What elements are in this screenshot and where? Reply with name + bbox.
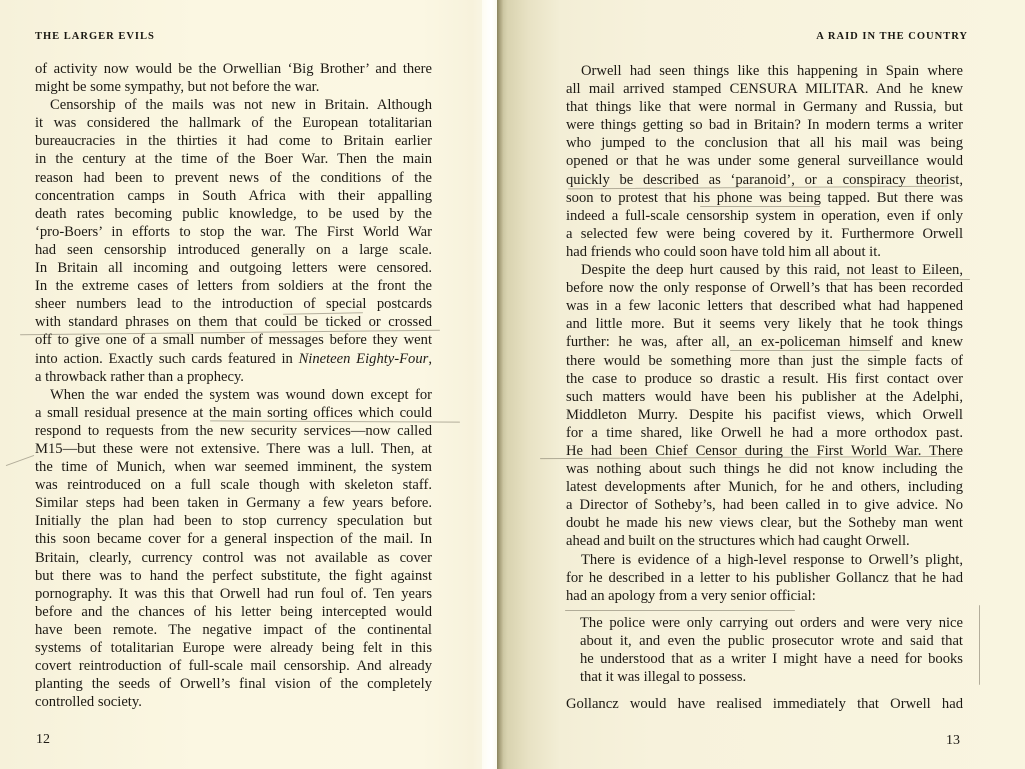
text-line: of activity now would be the Orwellian ‘… — [35, 60, 432, 78]
text-line: was in a few laconic letters that descri… — [566, 297, 963, 315]
text-line: there would be something more than just … — [566, 352, 963, 370]
text-line: opened or that he was under some general… — [566, 152, 963, 170]
text-line: was reintroduced on a full scale though … — [35, 476, 432, 494]
text-line: for he described in a letter to his publ… — [566, 569, 963, 587]
text-line: concentration camps in South Africa with… — [35, 187, 432, 205]
block-quote: The police were only carrying out orders… — [580, 614, 963, 686]
text-line: covert reintroduction of full-scale mail… — [35, 657, 432, 675]
text-line: sheer numbers lead to the introduction o… — [35, 295, 432, 313]
text-line: with standard phrases on them that could… — [35, 313, 432, 331]
text-line: was nothing about such things he did not… — [566, 460, 963, 478]
text-line: that things like that were normal in Ger… — [566, 98, 963, 116]
pencil-underline — [565, 610, 795, 611]
pencil-bracket — [978, 605, 980, 685]
right-page-text: Orwell had seen things like this happeni… — [566, 62, 963, 713]
paragraph: When the war ended the system was wound … — [35, 386, 432, 712]
text-line: In the extreme cases of letters from sol… — [35, 277, 432, 295]
quote-line: that it was illegal to possess. — [580, 668, 963, 686]
text-line: ‘pro-Boers’ in efforts to stop the war. … — [35, 223, 432, 241]
text-line: for a time shared, like Orwell he had a … — [566, 424, 963, 442]
page-number-right: 13 — [946, 733, 960, 749]
text-line: all mail arrived stamped CENSURA MILITAR… — [566, 80, 963, 98]
gutter — [482, 0, 498, 769]
text-line: respond to requests from the new securit… — [35, 422, 432, 440]
text-line: bureaucracies in the thirties it had com… — [35, 132, 432, 150]
text-line: In Britain all incoming and outgoing let… — [35, 259, 432, 277]
page-number-left: 12 — [36, 732, 50, 748]
text-line: a Director of Sotheby’s, had been called… — [566, 496, 963, 514]
text-fragment: into action. Exactly such cards featured… — [35, 351, 299, 367]
text-line-with-title: into action. Exactly such cards featured… — [35, 350, 432, 368]
running-head-left: THE LARGER EVILS — [35, 31, 155, 42]
text-line: a throwback rather than a prophecy. — [35, 368, 432, 386]
text-line: the case to produce so drastic a result.… — [566, 370, 963, 388]
text-line: Orwell had seen things like this happeni… — [566, 62, 963, 80]
text-line: before now the only response of Orwell’s… — [566, 279, 963, 297]
text-line: Britain, clearly, currency control was n… — [35, 549, 432, 567]
text-line: in the century at the time of the Boer W… — [35, 150, 432, 168]
text-line: indeed a full-scale censorship system in… — [566, 207, 963, 225]
pencil-underline — [730, 350, 880, 351]
text-line: There is evidence of a high-level respon… — [566, 551, 963, 569]
paragraph: Censorship of the mails was not new in B… — [35, 96, 432, 386]
text-fragment: , — [428, 351, 432, 367]
text-line: who jumped to the conclusion that all hi… — [566, 134, 963, 152]
text-line: had friends who could soon have told him… — [566, 243, 963, 261]
pencil-underline — [700, 206, 820, 207]
text-line: Middleton Murry. Despite his pacifist vi… — [566, 406, 963, 424]
text-line: such matters would have been his publish… — [566, 388, 963, 406]
text-line: but there was to hand the perfect substi… — [35, 567, 432, 585]
text-line: Initially the plan had been to stop curr… — [35, 512, 432, 530]
text-line: doubt he made his new views clear, but t… — [566, 514, 963, 532]
quote-line: The police were only carrying out orders… — [580, 614, 963, 632]
text-line: controlled society. — [35, 693, 432, 711]
paragraph: of activity now would be the Orwellian ‘… — [35, 60, 432, 96]
spine-shadow — [497, 0, 503, 769]
text-line: had seen censorship introduced generally… — [35, 241, 432, 259]
text-line: death rates becoming public knowledge, t… — [35, 205, 432, 223]
text-line: this soon became cover for a general ins… — [35, 530, 432, 548]
paragraph: Despite the deep hurt caused by this rai… — [566, 261, 963, 551]
text-line: it was considered the hallmark of the Eu… — [35, 114, 432, 132]
text-line: were things getting so bad in Britain? I… — [566, 116, 963, 134]
text-line: Despite the deep hurt caused by this rai… — [566, 261, 963, 279]
text-line: and little more. But it seems very likel… — [566, 315, 963, 333]
text-line: have been remote. The negative impact of… — [35, 621, 432, 639]
text-line: ahead and built on the structures which … — [566, 532, 963, 550]
text-line: further: he was, after all, an ex-police… — [566, 333, 963, 351]
text-line: might be some sympathy, but not before t… — [35, 78, 432, 96]
book-title: Nineteen Eighty-Four — [299, 351, 429, 367]
text-line: systems of totalitarian Europe were alre… — [35, 639, 432, 657]
quote-line: about it, and even the public prosecutor… — [580, 632, 963, 650]
running-head-right: A RAID IN THE COUNTRY — [816, 31, 968, 42]
paragraph: Orwell had seen things like this happeni… — [566, 62, 963, 261]
text-line: soon to protest that his phone was being… — [566, 189, 963, 207]
paragraph: Gollancz would have realised immediately… — [566, 695, 963, 713]
text-line: reason had been to prevent news of the c… — [35, 169, 432, 187]
quote-line: he understood that as a writer I might h… — [580, 650, 963, 668]
text-line: a selected few were being covered by it.… — [566, 225, 963, 243]
text-line: pornography. It was this that Orwell had… — [35, 585, 432, 603]
text-line: Censorship of the mails was not new in B… — [35, 96, 432, 114]
pencil-underline — [830, 279, 970, 280]
text-line: M15—but these were not extensive. There … — [35, 440, 432, 458]
text-line: Gollancz would have realised immediately… — [566, 695, 963, 713]
text-line: Similar steps had been taken in Germany … — [35, 494, 432, 512]
text-line: When the war ended the system was wound … — [35, 386, 432, 404]
text-line: had an apology from a very senior offici… — [566, 587, 963, 605]
text-line: before and the chances of his letter bei… — [35, 603, 432, 621]
paragraph: There is evidence of a high-level respon… — [566, 551, 963, 605]
left-page-text: of activity now would be the Orwellian ‘… — [35, 60, 432, 711]
text-line: latest developments after Munich, for he… — [566, 478, 963, 496]
text-line: the time of Munich, when war seemed immi… — [35, 458, 432, 476]
text-line: a small residual presence at the main so… — [35, 404, 432, 422]
text-line: planting the seeds of Orwell’s final vis… — [35, 675, 432, 693]
